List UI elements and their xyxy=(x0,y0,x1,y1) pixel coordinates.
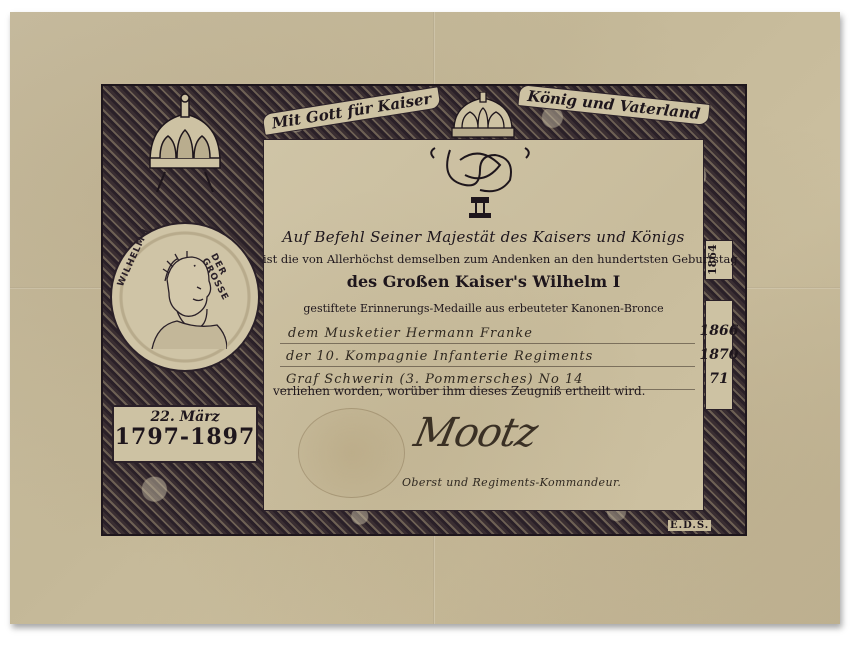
top-crown-icon xyxy=(448,92,518,140)
wilhelm-medallion: WILHELM I. DER GROSSE . xyxy=(110,222,260,372)
year-1866: 1866 xyxy=(700,319,739,343)
signature-title: Oberst und Regiments-Kommandeur. xyxy=(402,476,621,489)
date-years: 1797-1897 xyxy=(114,425,256,449)
body-line-3: des Großen Kaiser's Wilhelm I xyxy=(263,272,704,291)
year-1870: 1870 xyxy=(700,343,739,367)
body-line-1: Auf Befehl Seiner Majestät des Kaisers u… xyxy=(263,228,704,246)
recipient-name: dem Musketier Hermann Franke xyxy=(280,326,695,344)
commander-signature: Mootz xyxy=(410,410,541,456)
motto-right: König und Vaterland xyxy=(517,84,710,126)
artist-mark: E.D.S. xyxy=(668,520,711,531)
embossed-seal xyxy=(298,408,405,498)
date-banner: 22. März 1797-1897 xyxy=(112,405,258,463)
date-day: 22. März xyxy=(114,409,256,425)
imperial-crown-icon xyxy=(135,92,235,192)
year-1866-1870-ribbon: 1866 1870 71 xyxy=(705,300,733,410)
motto-left: Mit Gott für Kaiser xyxy=(261,86,441,136)
imperial-monogram-icon xyxy=(430,140,530,220)
recipient-company: der 10. Kompagnie Infanterie Regiments xyxy=(280,349,695,367)
closing-statement: verliehen worden, worüber ihm dieses Zeu… xyxy=(273,384,645,398)
body-line-2: ist die von Allerhöchst demselben zum An… xyxy=(263,252,704,266)
year-71: 71 xyxy=(709,367,728,391)
body-line-4: gestiftete Erinnerungs-Medaille aus erbe… xyxy=(263,302,704,315)
